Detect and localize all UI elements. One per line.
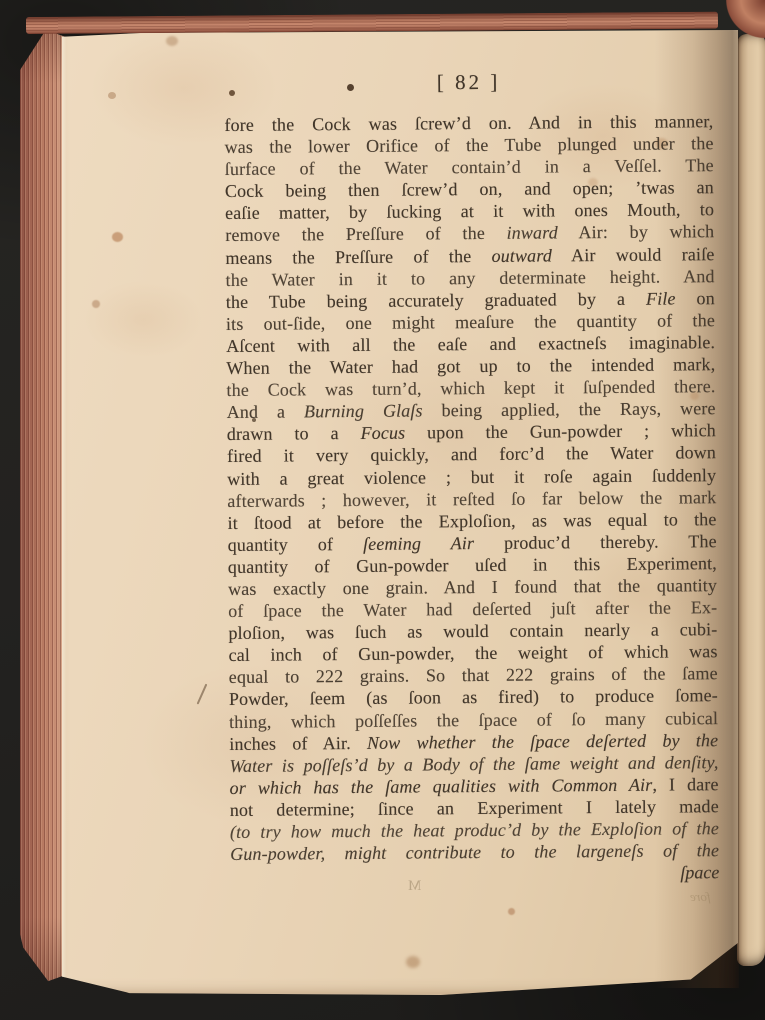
- body-text: fore the Cock was ſcrew’d on. And in thi…: [224, 110, 719, 865]
- text-line: afterwards ; however, it reſted ſo far b…: [227, 486, 716, 512]
- text-line: the Water in it to any determinate heigh…: [226, 265, 715, 291]
- text-line: Water is poſſeſs’d by a Body of the ſame…: [229, 751, 718, 777]
- text-line: remove the Preſſure of the inward Air: b…: [225, 221, 714, 247]
- text-line: Gun-powder, might contribute to the larg…: [230, 839, 719, 865]
- show-through-word: fore: [690, 889, 710, 905]
- fore-edge-red-stain: [20, 26, 67, 984]
- text-line: of ſpace the Water had deſerted juſt aft…: [228, 596, 717, 622]
- text-line: And a Burning Glaſs being applied, the R…: [227, 397, 716, 423]
- foxing-spot: [406, 956, 420, 968]
- text-line: thing, which poſſeſſes the ſpace of ſo m…: [229, 707, 718, 733]
- foxing-spot: [92, 300, 100, 308]
- show-through-signature: M: [408, 878, 421, 895]
- foxing-spot: [508, 908, 515, 915]
- adjacent-page-edge: [737, 34, 765, 966]
- foxing-spot: [112, 232, 123, 242]
- catchword: ſpace: [230, 861, 719, 887]
- text-line: ſurface of the Water contain’d in a Veſſ…: [225, 154, 714, 180]
- text-line: fired it very quickly, and forc’d the Wa…: [227, 442, 716, 468]
- page-number: [ 82 ]: [224, 68, 713, 98]
- book-photo: [ 82 ] fore the Cock was ſcrew’d on. And…: [0, 0, 765, 1020]
- text-line: equal to 222 grains. So that 222 grains …: [229, 662, 718, 688]
- text-line: its out-ſide, one might meaſure the quan…: [226, 309, 715, 335]
- foxing-spot: [166, 36, 178, 46]
- foxing-spot: [108, 92, 116, 99]
- text-block: [ 82 ] fore the Cock was ſcrew’d on. And…: [224, 68, 719, 887]
